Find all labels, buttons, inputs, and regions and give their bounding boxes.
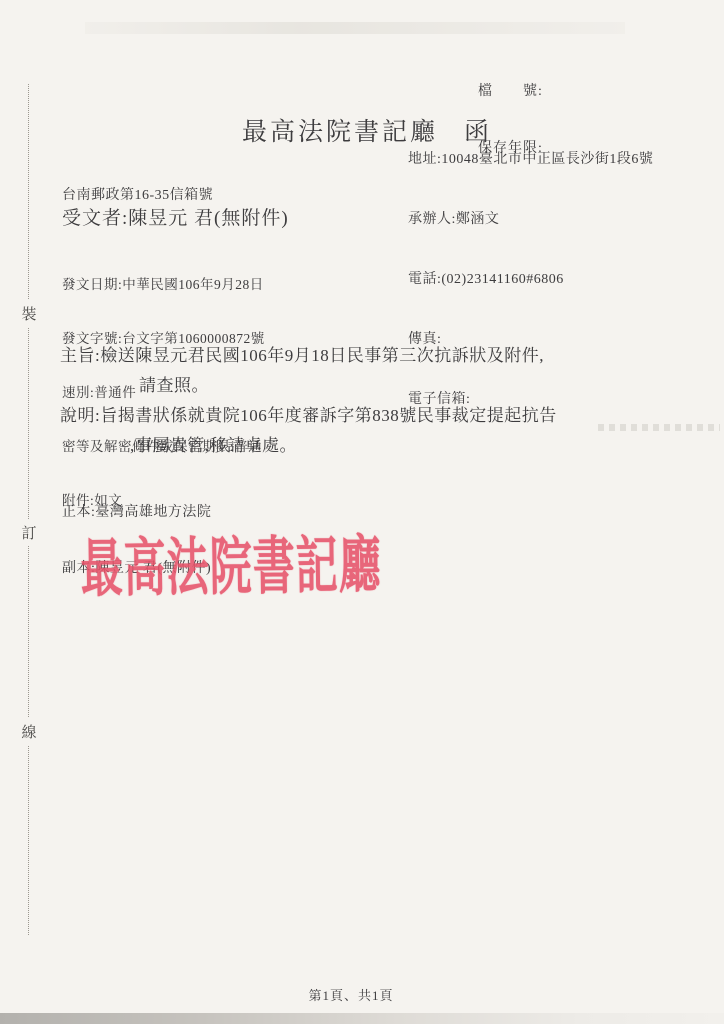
phone-number: 電話:(02)23141160#6806: [408, 270, 653, 290]
po-box-line: 台南郵政第16-35信箱號: [62, 184, 213, 204]
scan-artifact-bottom: [0, 1013, 724, 1024]
binding-dotted-line: [28, 84, 29, 935]
explanation-line-2: ,事屬貴管,移請卓處。: [130, 431, 297, 456]
office-red-stamp: 最高法院書記廳: [80, 516, 382, 610]
case-handler: 承辦人:鄭涵文: [408, 210, 653, 230]
explanation-line-1: 說明:旨揭書狀係就貴院106年度審訴字第838號民事裁定提起抗告: [60, 401, 557, 426]
agency-address: 地址:10048臺北市中正區長沙街1段6號: [408, 150, 653, 170]
contact-block: 地址:10048臺北市中正區長沙街1段6號 承辦人:鄭涵文 電話:(02)231…: [408, 110, 653, 450]
binding-mark-zhuang: 裝: [21, 300, 37, 327]
subject-line-1: 主旨:檢送陳昱元君民國106年9月18日民事第三次抗訴狀及附件,: [60, 341, 544, 366]
recipient-line: 受文者:陳昱元 君(無附件): [62, 203, 289, 230]
binding-mark-ding: 訂: [21, 519, 37, 546]
scanned-letter-page: 檔 號: 保存年限: 最高法院書記廳函 地址:10048臺北市中正區長沙街1段6…: [0, 0, 724, 1024]
subject-line-2: 請查照。: [139, 371, 209, 396]
issue-date: 發文日期:中華民國106年9月28日: [62, 276, 265, 294]
scan-artifact-top: [85, 22, 625, 34]
binding-mark-xian: 線: [21, 718, 37, 745]
page-number-footer: 第1頁、共1頁: [0, 985, 702, 1004]
